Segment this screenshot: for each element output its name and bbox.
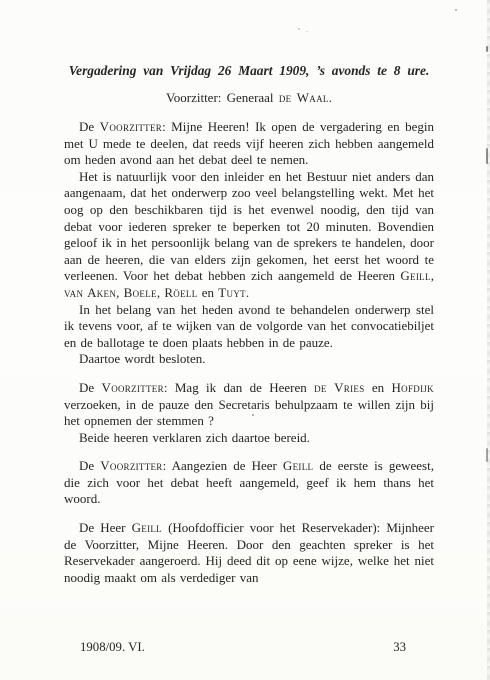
paragraph: Daartoe wordt besloten. [64,351,434,368]
text-segment: verzoeken, in de pauze den Secretaris be… [64,397,434,429]
footer-volume-label: 1908/09. VI. [80,639,145,655]
paragraph: Beide heeren verklaren zich daartoe bere… [64,430,434,447]
scan-speck [486,448,488,462]
text-segment: . [246,285,249,300]
person-name: de Vries [314,380,364,395]
person-name: Voorzitter [102,380,164,395]
text-segment: De [79,119,100,134]
text-segment: De [79,380,102,395]
text-segment: De Heer [79,520,132,535]
text-segment: Daartoe wordt besloten. [79,351,206,366]
text-segment: Voorzitter: Generaal [166,90,279,105]
text-segment: . [329,90,332,105]
chairman-line: Voorzitter: Generaal de Waal. [64,89,434,106]
text-segment: Het is natuurlijk voor den inleider en h… [64,169,434,284]
paragraph: Het is natuurlijk voor den inleider en h… [64,169,434,302]
text-segment: : Mag ik dan de Heeren [164,380,314,395]
footer-page-number: 33 [393,639,406,655]
scan-speck [298,28,300,30]
scanned-document-page: Vergadering van Vrijdag 26 Maart 1909, ’… [0,0,490,680]
paragraph: De Voorzitter: Mag ik dan de Heeren de V… [64,380,434,430]
scan-speck [73,241,75,243]
text-segment: , [116,285,124,300]
person-name: Hofdijk [391,380,434,395]
text-segment: De [79,458,100,473]
scan-speck [455,9,457,11]
scan-speck [486,148,488,164]
text-segment: Beide heeren verklaren zich daartoe bere… [79,430,310,445]
scan-speck [252,414,254,416]
text-segment: : Aangezien de Heer [163,458,283,473]
meeting-title: Vergadering van Vrijdag 26 Maart 1909, ’… [64,62,434,79]
person-name: Tuyt [218,285,246,300]
person-name: Voorzitter [100,458,162,473]
paragraph: De Heer Geill (Hoofdofficier voor het Re… [64,520,434,586]
person-name: Voorzitter [100,119,162,134]
page-footer: 1908/09. VI. 33 [64,639,434,655]
document-body: Vergadering van Vrijdag 26 Maart 1909, ’… [64,62,434,586]
scan-speck [247,312,249,314]
text-segment: Vergadering van Vrijdag 26 Maart 1909, ’… [69,63,430,78]
text-segment: In het belang van het heden avond te beh… [64,302,434,350]
person-name: van Aken [64,285,116,300]
person-name: Geill [283,458,313,473]
text-segment: , [431,268,434,283]
scan-speck [306,31,308,32]
text-segment: en [198,285,219,300]
person-name: Boele [124,285,157,300]
person-name: Röell [164,285,197,300]
person-name: Geill [132,520,162,535]
person-name: Geill [400,268,430,283]
paragraph: De Voorzitter: Aangezien de Heer Geill d… [64,458,434,508]
text-segment: en [365,380,392,395]
paragraph: In het belang van het heden avond te beh… [64,302,434,352]
person-name: de Waal [279,90,329,105]
paragraph: De Voorzitter: Mijne Heeren! Ik open de … [64,119,434,169]
scan-speck [486,46,488,52]
